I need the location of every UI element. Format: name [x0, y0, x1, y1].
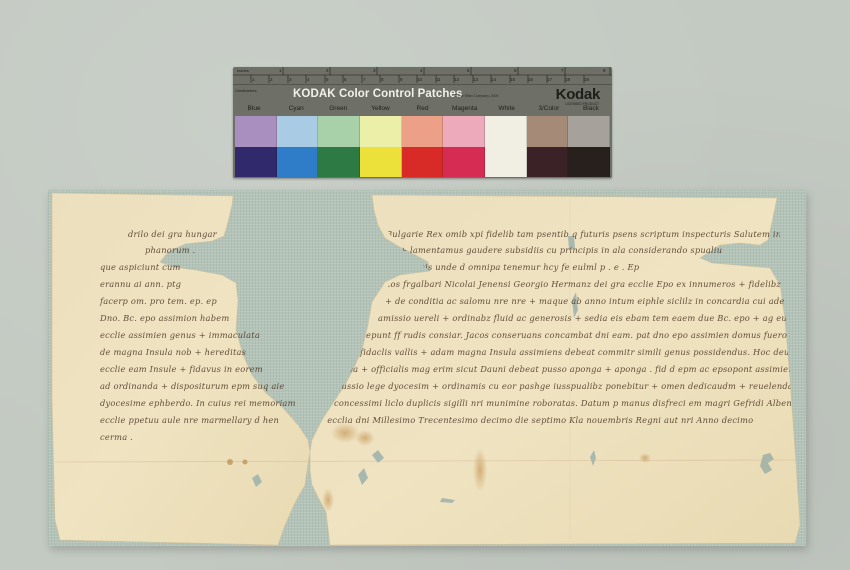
script-line: ad ordinanda + dispositurum epm suq aie — [100, 381, 284, 391]
script-line: ea + officialis mag erim sicut Dauni deb… — [348, 364, 810, 374]
script-line: + de conditia ac salomu nre nre + maque … — [385, 296, 820, 306]
script-line: phanorum . — [145, 245, 195, 255]
script-line: pussio lege dyocesim + ordinamis cu eor … — [336, 381, 842, 391]
script-line: cerma . — [100, 432, 133, 442]
script-line: ecclie ppetuu aule nre marmellary d hen — [100, 415, 279, 425]
script-line: ecclie assimien genus + immaculata — [100, 330, 260, 340]
script-line: nos frgalbari Nicolai Jenensi Georgio He… — [385, 279, 781, 289]
script-line: + lamentamus gaudere subsidiis cu princi… — [400, 245, 722, 255]
script-line: + concessimi liclo duplicis sigilli nri … — [324, 398, 804, 408]
script-line: eis unde d omnipa tenemur hcy fe eulml p… — [420, 262, 639, 272]
script-line: epunt ff rudis consiar. Jacos conseruans… — [366, 330, 799, 340]
script-line: drilo dei gra hungar — [128, 229, 217, 239]
script-line: in ecclia dni Millesimo Trecentesimo dec… — [316, 415, 753, 425]
script-line: ecclie eam Insule + fidavus in eorem — [100, 364, 263, 374]
script-line: fidaclis vallis + adam magna Insula assi… — [360, 347, 812, 357]
script-line: de magna Insula nob + hereditas — [100, 347, 246, 357]
script-line: Dno. Bc. epo assimion habem — [100, 313, 229, 323]
spot-stain — [243, 460, 248, 465]
script-line: Bulgarie Rex omib xpi fidelib tam psenti… — [386, 229, 795, 239]
script-line: que aspiciunt cum — [100, 262, 181, 272]
script-line: dyocesime ephberdo. In cuius rei memoria… — [100, 398, 296, 408]
script-line: facerp om. pro tem. ep. ep — [100, 296, 217, 306]
spot-stain — [227, 459, 233, 465]
script-line: amissio uereli + ordinabz fluid ac gener… — [378, 313, 787, 323]
script-line: erannu ai ann. ptg — [100, 279, 181, 289]
